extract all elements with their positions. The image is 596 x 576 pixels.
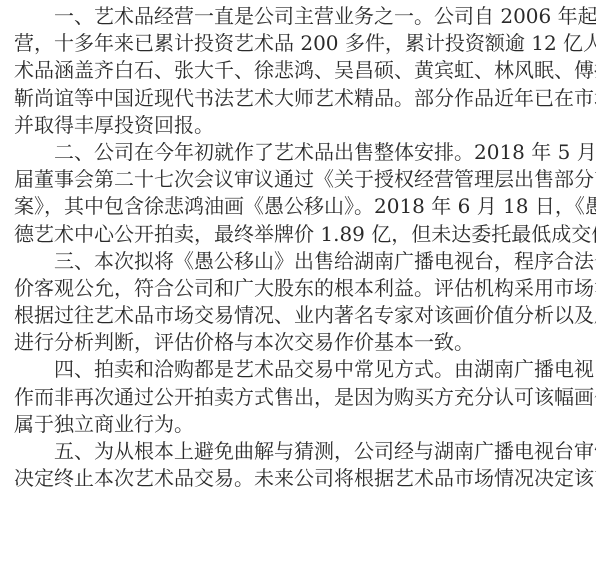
text-line: 德艺术中心公开拍卖，最终举牌价 1.89 亿，但未达委托最低成交价而流拍。 [14, 221, 582, 248]
text-line: 二、公司在今年初就作了艺术品出售整体安排。2018 年 5 月 16 日公司第五 [14, 139, 582, 166]
text-line: 靳尚谊等中国近现代书法艺术大师艺术精品。部分作品近年已在市场陆续退出， [14, 85, 582, 112]
text-line: 五、为从根本上避免曲解与猜测，公司经与湖南广播电视台审慎协商，双方 [14, 438, 582, 465]
paragraph-1: 一、艺术品经营一直是公司主营业务之一。公司自 2006 年起开始艺术品经 营，十… [14, 3, 582, 139]
text-line: 案》，其中包含徐悲鸿油画《愚公移山》。2018 年 6 月 18 日，《愚公移山… [14, 193, 582, 220]
document-body: 一、艺术品经营一直是公司主营业务之一。公司自 2006 年起开始艺术品经 营，十… [14, 3, 582, 492]
text-line: 进行分析判断，评估价格与本次交易作价基本一致。 [14, 329, 582, 356]
text-line: 术品涵盖齐白石、张大千、徐悲鸿、吴昌硕、黄宾虹、林风眠、傅抱石、李可染、 [14, 57, 582, 84]
paragraph-5: 五、为从根本上避免曲解与猜测，公司经与湖南广播电视台审慎协商，双方 决定终止本次… [14, 438, 582, 492]
text-line: 一、艺术品经营一直是公司主营业务之一。公司自 2006 年起开始艺术品经 [14, 3, 582, 30]
paragraph-4: 四、拍卖和洽购都是艺术品交易中常见方式。由湖南广播电视台洽购该幅画 作而非再次通… [14, 356, 582, 438]
paragraph-2: 二、公司在今年初就作了艺术品出售整体安排。2018 年 5 月 16 日公司第五… [14, 139, 582, 248]
paragraph-3: 三、本次拟将《愚公移山》出售给湖南广播电视台，程序合法合规，交易作 价客观公允，… [14, 248, 582, 357]
text-line: 营，十多年来已累计投资艺术品 200 多件，累计投资额逾 12 亿人民币，投资艺 [14, 30, 582, 57]
text-line: 价客观公允，符合公司和广大股东的根本利益。评估机构采用市场法进行评估， [14, 275, 582, 302]
text-line: 届董事会第二十七次会议审议通过《关于授权经营管理层出售部分艺术品的议 [14, 166, 582, 193]
text-line: 四、拍卖和洽购都是艺术品交易中常见方式。由湖南广播电视台洽购该幅画 [14, 356, 582, 383]
text-line: 并取得丰厚投资回报。 [14, 112, 582, 139]
text-line: 三、本次拟将《愚公移山》出售给湖南广播电视台，程序合法合规，交易作 [14, 248, 582, 275]
text-line: 决定终止本次艺术品交易。未来公司将根据艺术品市场情况决定该艺术品的持有 [14, 465, 582, 492]
text-line: 属于独立商业行为。 [14, 411, 582, 438]
text-line: 根据过往艺术品市场交易情况、业内著名专家对该画价值分析以及历史拍卖情况 [14, 302, 582, 329]
text-line: 作而非再次通过公开拍卖方式售出，是因为购买方充分认可该幅画作的市场价值， [14, 384, 582, 411]
